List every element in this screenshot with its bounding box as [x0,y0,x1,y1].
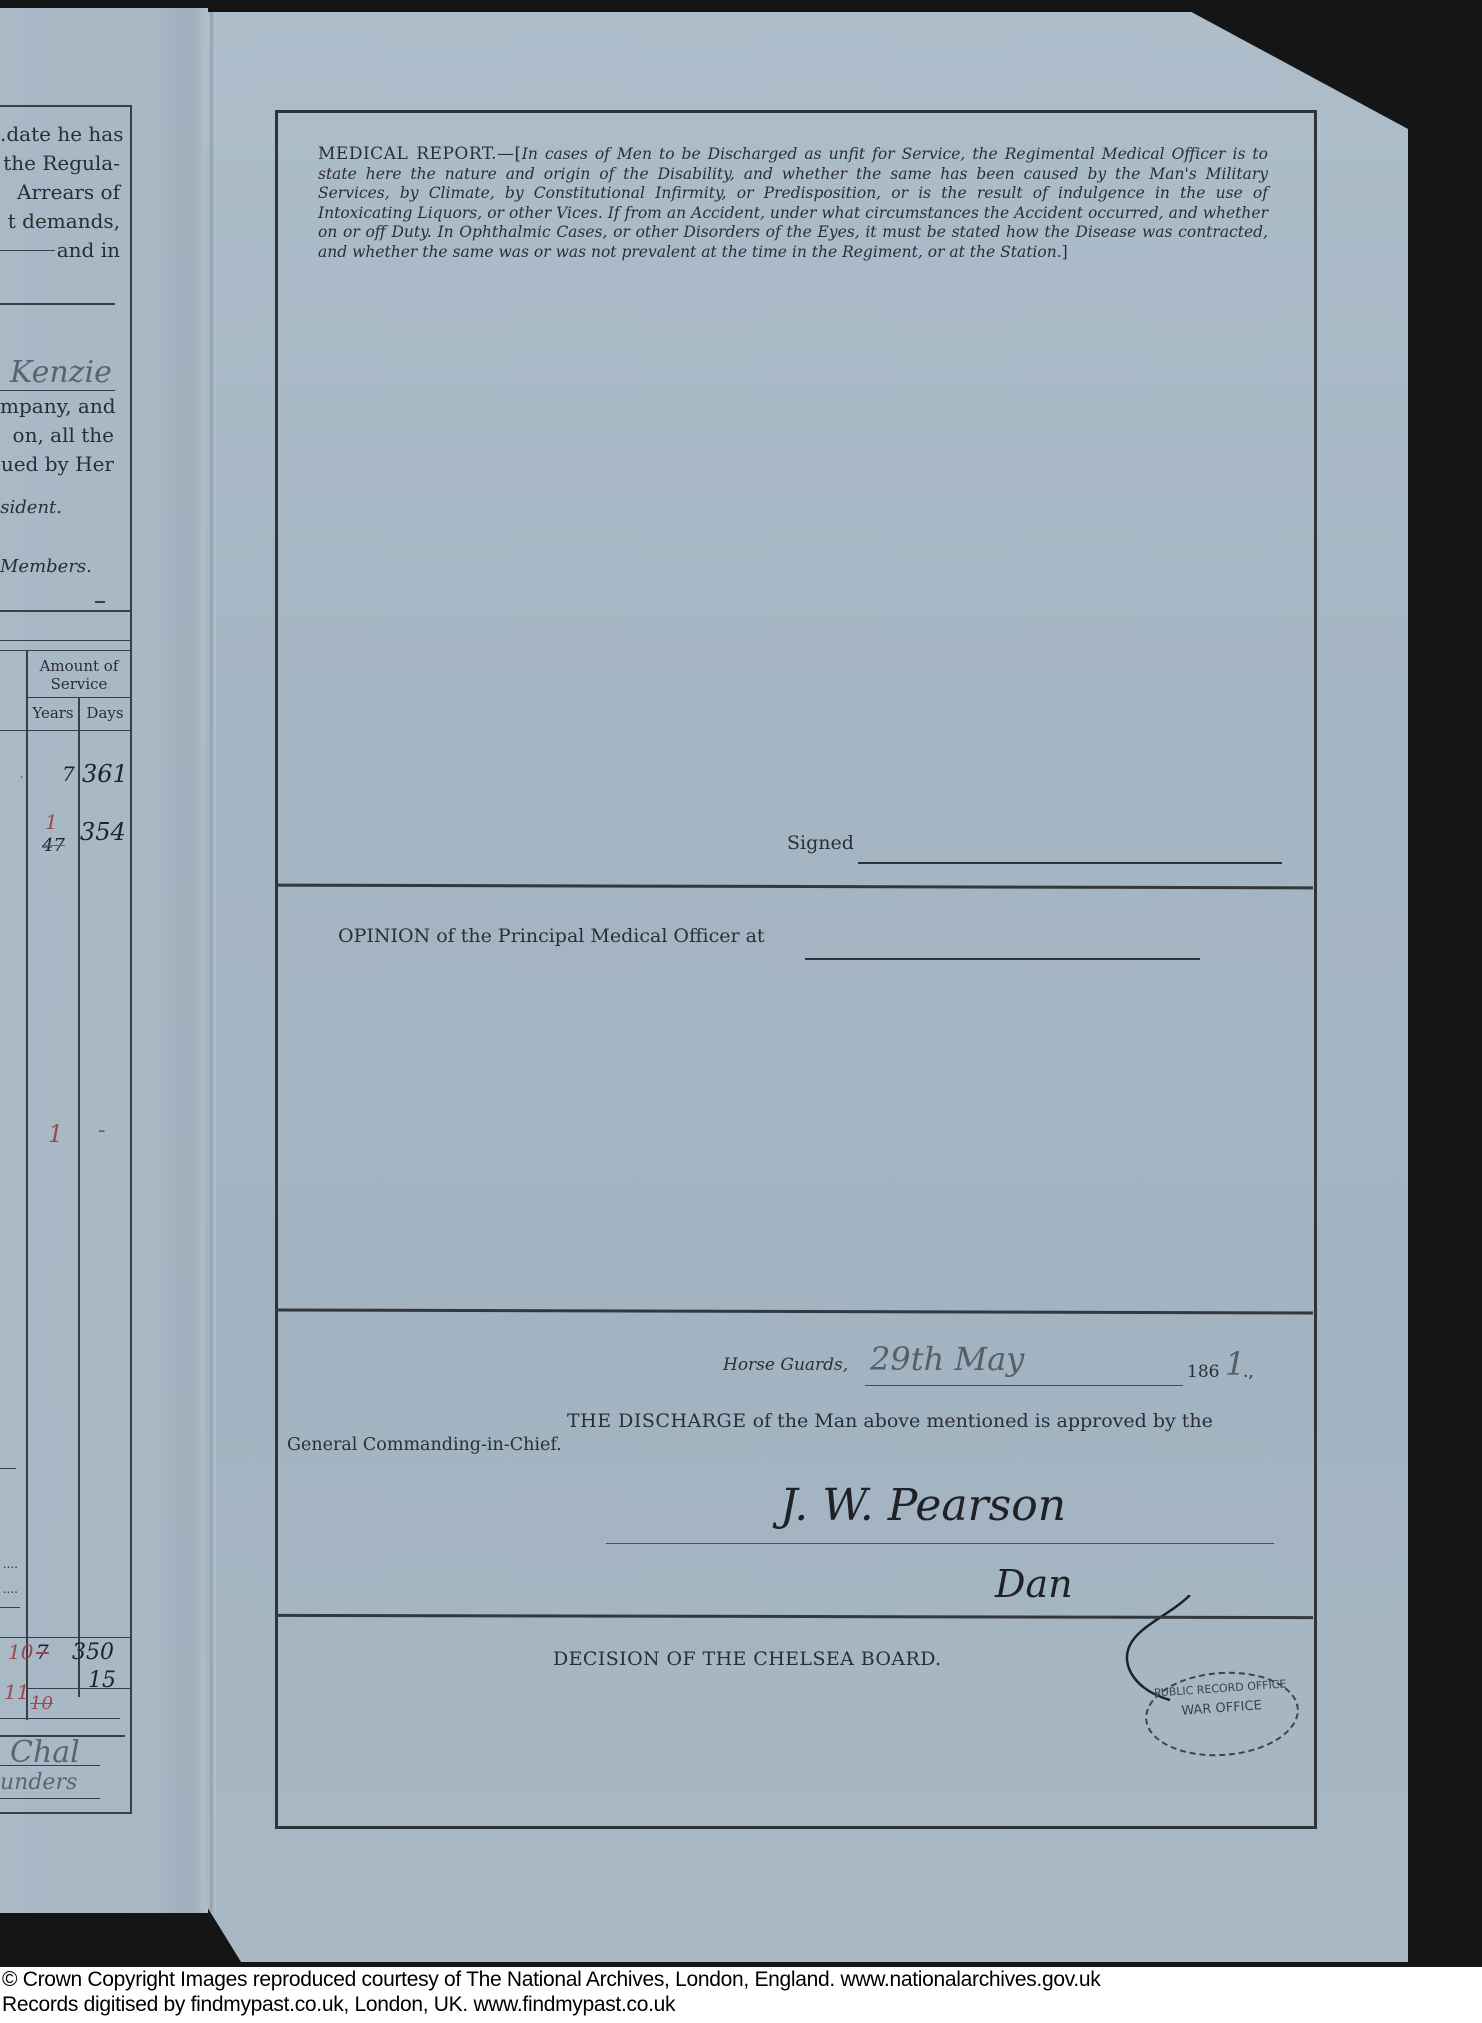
signed-value[interactable] [858,836,1282,862]
left-separator [0,303,115,305]
footer-signature-2: unders [0,1770,77,1795]
table-rule [0,1468,16,1469]
years-column-header: Years [28,704,78,722]
years-cell: 1 [45,810,58,834]
signed-field[interactable] [858,862,1282,864]
handwritten-name: Kenzie [10,355,112,390]
left-page-text-block: .date he has the Regula- Arrears of t de… [0,120,120,265]
table-rule [26,1688,130,1689]
left-dash [95,601,105,603]
report-form-box [275,110,1317,1829]
years-cell-struck: 47 [42,835,65,856]
medical-report-heading: MEDICAL REPORT.—[In cases of Men to be D… [318,145,1268,262]
discharge-caps: THE DISCHARGE [567,1410,747,1432]
stamp-middle-text: WAR OFFICE [1146,1696,1297,1721]
members-label: Members. [0,552,74,581]
red-mark: 10 [8,1640,33,1664]
days-column-header: Days [80,704,130,722]
opinion-location-field[interactable] [805,958,1200,960]
signature-line [606,1543,1274,1544]
discharge-approval-text: THE DISCHARGE of the Man above mentioned… [567,1410,1213,1432]
table-top-rule [0,610,130,612]
signed-label: Signed [787,832,854,854]
opinion-label: OPINION of the Principal Medical Officer… [338,925,765,947]
left-text-line: ued by Her [0,450,114,479]
table-col-line [78,697,80,1697]
years-cell: 7 [36,1640,49,1664]
decision-label: DECISION OF THE CHELSEA BOARD. [553,1648,942,1670]
table-col-line [26,650,28,1720]
red-mark: 11 [4,1680,29,1704]
year-printed: 186 [1187,1362,1219,1382]
years-cell-red: 1 [48,1120,63,1148]
table-rule [0,1607,20,1608]
dotted-leader: .... [0,1575,18,1604]
discharge-rest: of the Man above mentioned is approved b… [753,1410,1213,1432]
table-rule [0,1718,120,1719]
left-text-line: on, all the [0,421,114,450]
year-suffix: ., [1243,1362,1254,1382]
date-line [865,1385,1183,1386]
copyright-line-2: Records digitised by findmypast.co.uk, L… [2,1992,1482,2017]
table-rule [0,640,130,641]
president-label: sident. [0,493,62,522]
signature-line-2: Dan [995,1562,1073,1606]
page-fold [210,12,216,1912]
left-text-line: .date he has [0,120,120,149]
table-rule [0,730,130,731]
days-cell: 354 [80,818,126,846]
left-text-line: Arrears of [0,178,120,207]
table-rule [28,697,130,698]
days-cell-red: - [98,1118,105,1143]
table-rule [0,1637,130,1638]
left-page-text-block-2: mpany, and on, all the ued by Her [0,392,114,479]
amount-of-service-header: Amount of Service [28,657,130,693]
handwritten-date: 29th May [870,1340,1024,1378]
left-text-line: mpany, and [0,392,114,421]
left-text-line: the Regula- [0,149,120,178]
table-rule [0,1765,100,1766]
name-underline [0,390,115,391]
table-rule [0,1798,100,1799]
copyright-line-1: © Crown Copyright Images reproduced cour… [2,1967,1482,1992]
days-cell: 15 [88,1668,116,1693]
copyright-footer: © Crown Copyright Images reproduced cour… [0,1967,1482,2023]
opinion-location-value[interactable] [805,932,1200,958]
years-cell-red: 10 [30,1693,53,1714]
left-fill-line [0,250,55,251]
days-cell: 350 [72,1640,114,1665]
table-cell-dot: . [0,760,24,789]
years-cell: 7 [62,762,75,786]
general-commanding-label: General Commanding-in-Chief. [287,1435,562,1455]
days-cell: 361 [82,760,128,788]
decision-area[interactable] [300,1690,1280,1810]
commanding-signature: J. W. Pearson [780,1480,1066,1531]
bracket-close: ] [1062,243,1068,261]
table-rule [0,650,130,651]
medical-report-title: MEDICAL REPORT.—[ [318,144,522,164]
left-text-line: t demands, [0,207,120,236]
place-label: Horse Guards, [723,1355,848,1375]
